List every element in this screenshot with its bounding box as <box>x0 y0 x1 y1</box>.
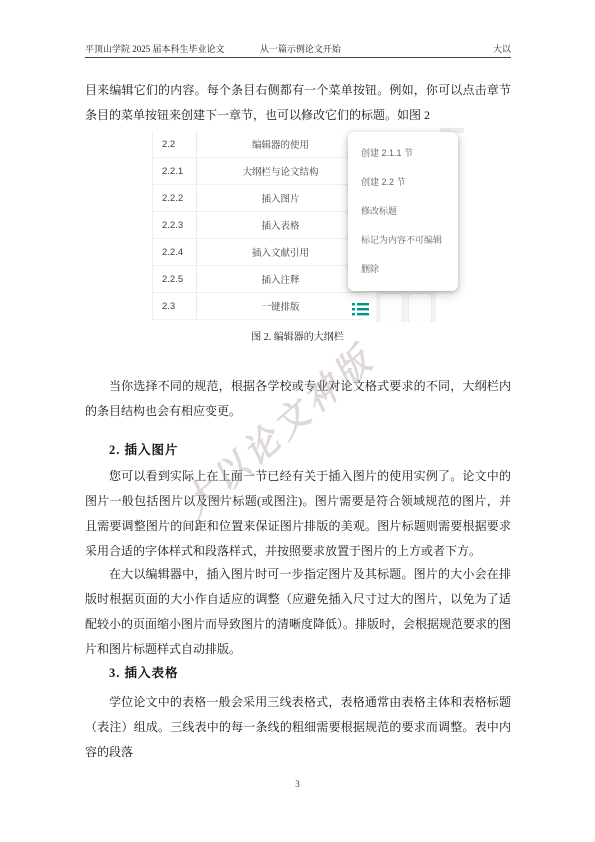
outline-row-title: 编辑器的使用 <box>197 137 364 151</box>
figure-outline-panel: 2.2 编辑器的使用 2.2.1 大纲栏与论文结构 2.2.2 插入图片 2.2… <box>152 128 464 322</box>
outline-row: 2.2.4 插入文献引用 <box>153 239 364 266</box>
menu-item-mark-readonly: 标记为内容不可编辑 <box>348 226 458 255</box>
section-heading-insert-table: 3. 插入表格 <box>109 663 179 681</box>
format-list-icon <box>352 303 369 316</box>
page-header: 平顶山学院 2025 届本科生毕业论文 从一篇示例论文开始 大以 <box>85 40 511 58</box>
outline-row-number: 2.2.5 <box>153 266 197 292</box>
page-thumbnail-edge <box>379 293 403 322</box>
outline-row: 2.2.5 插入注释 <box>153 266 364 293</box>
paragraph-menu-buttons: 目来编辑它们的内容。每个条目右侧都有一个菜单按钮。例如，你可以点击章节条目的菜单… <box>85 78 511 128</box>
outline-row-title: 一键排版 <box>197 299 364 313</box>
header-right-text: 大以 <box>493 42 511 55</box>
figure-caption: 图 2. 编辑器的大纲栏 <box>0 328 595 343</box>
outline-row-title: 插入注释 <box>197 272 364 286</box>
document-page: 平顶山学院 2025 届本科生毕业论文 从一篇示例论文开始 大以 目来编辑它们的… <box>0 0 595 842</box>
outline-row: 2.2.3 插入表格 <box>153 212 364 239</box>
outline-row-number: 2.2.1 <box>153 158 197 184</box>
header-left-text: 平顶山学院 2025 届本科生毕业论文 <box>85 42 225 55</box>
outline-row: 2.3 一键排版 <box>153 293 364 320</box>
outline-row-number: 2.2.3 <box>153 212 197 238</box>
outline-row-title: 大纲栏与论文结构 <box>197 164 364 178</box>
paragraph-outline-variation: 当你选择不同的规范，根据各学校或专业对论文格式要求的不同，大纲栏内的条目结构也会… <box>85 374 511 424</box>
outline-row-title: 插入图片 <box>197 191 364 205</box>
paragraph-image-editor: 在大以编辑器中，插入图片时可一步指定图片及其标题。图片的大小会在排版时根据页面的… <box>85 562 511 662</box>
outline-row: 2.2.1 大纲栏与论文结构 <box>153 158 364 185</box>
menu-item-delete: 删除 <box>348 255 458 284</box>
menu-item-create-section: 创建 2.2 节 <box>348 168 458 197</box>
outline-row: 2.2.2 插入图片 <box>153 185 364 212</box>
menu-item-edit-title: 修改标题 <box>348 197 458 226</box>
outline-row-number: 2.3 <box>153 293 197 319</box>
outline-row-title: 插入表格 <box>197 218 364 232</box>
header-center-text: 从一篇示例论文开始 <box>260 42 341 55</box>
outline-row-number: 2.2 <box>153 131 197 157</box>
page-thumbnail-edge <box>408 293 432 322</box>
outline-row-number: 2.2.4 <box>153 239 197 265</box>
app-page-edges-fragment <box>376 290 436 322</box>
section-heading-insert-image: 2. 插入图片 <box>109 440 179 458</box>
menu-item-create-subsection: 创建 2.1.1 节 <box>348 139 458 168</box>
outline-row: 2.2 编辑器的使用 <box>153 131 364 158</box>
paragraph-image-usage: 您可以看到实际上在上面一节已经有关于插入图片的使用实例了。论文中的图片一般包括图… <box>85 464 511 564</box>
outline-table: 2.2 编辑器的使用 2.2.1 大纲栏与论文结构 2.2.2 插入图片 2.2… <box>152 131 364 320</box>
paragraph-table-style: 学位论文中的表格一般会采用三线表格式，表格通常由表格主体和表格标题（表注）组成。… <box>85 690 511 765</box>
outline-row-number: 2.2.2 <box>153 185 197 211</box>
context-menu: 创建 2.1.1 节 创建 2.2 节 修改标题 标记为内容不可编辑 删除 <box>348 132 458 291</box>
outline-row-title: 插入文献引用 <box>197 245 364 259</box>
page-number: 3 <box>0 779 595 789</box>
